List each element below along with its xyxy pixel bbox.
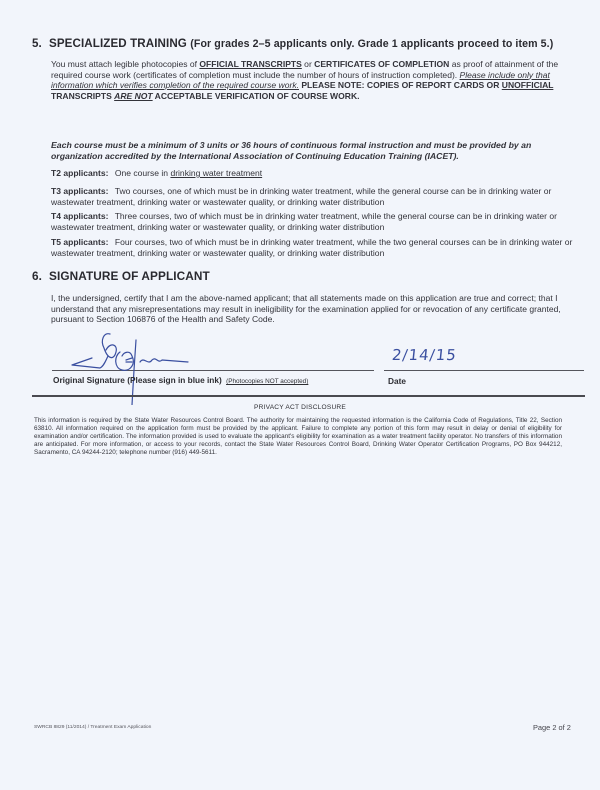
page-number: Page 2 of 2 [533,723,571,732]
applicant-item-t2: T2 applicants: One course in drinking wa… [51,168,585,179]
text: You must attach legible photocopies of [51,59,199,69]
transcript-instructions: You must attach legible photocopies of O… [51,59,585,101]
applicant-text: Three courses, two of which must be in d… [51,211,557,232]
section-number: 6. [32,269,49,283]
applicant-text-underlined: drinking water treatment [170,168,262,178]
privacy-title: PRIVACY ACT DISCLOSURE [0,404,600,411]
applicant-item-t5: T5 applicants: Four courses, two of whic… [51,237,585,258]
applicant-label: T4 applicants: [51,211,108,221]
date-label: Date [388,376,406,386]
official-transcripts-emphasis: OFFICIAL TRANSCRIPTS [199,59,301,69]
please-note: PLEASE NOTE: COPIES OF REPORT CARDS OR [299,80,502,90]
applicant-text: Two courses, one of which must be in dri… [51,186,551,207]
text: or [302,59,314,69]
applicant-label: T2 applicants: [51,168,108,178]
section-title: SPECIALIZED TRAINING [49,37,187,50]
text: TRANSCRIPTS [51,91,114,101]
signature-label-text: Original Signature (Please sign in blue … [53,375,222,385]
section-subtitle: (For grades 2–5 applicants only. Grade 1… [190,38,553,50]
section-number: 5. [32,37,49,50]
are-not-emphasis: ARE NOT [114,91,152,101]
section-divider [32,395,585,397]
applicant-label: T3 applicants: [51,186,108,196]
section-5-heading: 5.SPECIALIZED TRAINING (For grades 2–5 a… [32,37,553,50]
course-requirement: Each course must be a minimum of 3 units… [51,140,585,161]
section-6-heading: 6.SIGNATURE OF APPLICANT [32,269,210,283]
applicant-text: Four courses, two of which must be in dr… [51,237,572,258]
form-id: SWRCB 8829 (11/2014) / Treatment Exam Ap… [34,725,151,730]
unofficial-emphasis: UNOFFICIAL [502,80,554,90]
handwritten-signature[interactable] [70,330,260,405]
document-page: 5.SPECIALIZED TRAINING (For grades 2–5 a… [0,0,600,790]
date-line [384,370,584,371]
applicant-item-t4: T4 applicants: Three courses, two of whi… [51,211,585,232]
certification-statement: I, the undersigned, certify that I am th… [51,293,585,325]
date-value[interactable]: 2/14/15 [391,346,458,364]
applicant-text: One course in [115,168,171,178]
section-title: SIGNATURE OF APPLICANT [49,269,210,283]
certificates-emphasis: CERTIFICATES OF COMPLETION [314,59,449,69]
signature-label: Original Signature (Please sign in blue … [53,375,308,385]
applicant-item-t3: T3 applicants: Two courses, one of which… [51,186,585,207]
signature-note: (Photocopies NOT accepted) [226,378,308,385]
text: ACCEPTABLE VERIFICATION OF COURSE WORK. [153,91,360,101]
applicant-label: T5 applicants: [51,237,108,247]
privacy-body: This information is required by the Stat… [34,417,562,457]
